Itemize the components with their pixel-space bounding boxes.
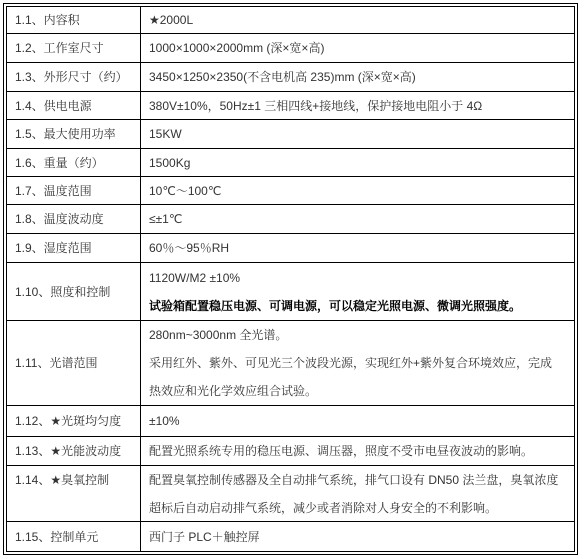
row-label: 1.4、供电电源	[7, 92, 141, 120]
table-row-outer-size: 1.3、外形尺寸（约） 3450×1250×2350(不含电机高 235)mm …	[7, 63, 575, 92]
row-value: 15KW	[141, 120, 575, 149]
row-label: 1.8、温度波动度	[7, 205, 141, 234]
table-row-ozone-control: 1.14、★臭氧控制 配置臭氧控制传感器及全自动排气系统，排气口设有 DN50 …	[7, 466, 575, 522]
row-value: 配置光照系统专用的稳压电源、调压器，照度不受市电昼夜波动的影响。	[141, 437, 575, 466]
table-row-power-supply: 1.4、供电电源 380V±10%，50Hz±1 三相四线+接地线，保护接地电阻…	[7, 92, 575, 120]
row-value: ≤±1℃	[141, 205, 575, 234]
row-label: 1.11、光谱范围	[7, 321, 141, 406]
row-label: 1.3、外形尺寸（约）	[7, 63, 141, 92]
row-label: 1.7、温度范围	[7, 177, 141, 205]
value-line: 采用红外、紫外、可见光三个波段光源，实现红外+紫外复合环境效应，完成	[149, 355, 566, 371]
row-value: ±10%	[141, 406, 575, 437]
row-label: 1.9、湿度范围	[7, 234, 141, 263]
table-row-spot-uniformity: 1.12、★光斑均匀度 ±10%	[7, 406, 575, 437]
spec-table: 1.1、内容积 ★2000L 1.2、工作室尺寸 1000×1000×2000m…	[6, 6, 575, 552]
row-label: 1.10、照度和控制	[7, 263, 141, 321]
row-value: 西门子 PLC＋触控屏	[141, 522, 575, 552]
row-value: 配置臭氧控制传感器及全自动排气系统，排气口设有 DN50 法兰盘，臭氧浓度 超标…	[141, 466, 575, 522]
value-line: 热效应和光化学效应组合试验。	[149, 383, 566, 399]
row-label: 1.15、控制单元	[7, 522, 141, 552]
table-row-spectrum: 1.11、光谱范围 280nm~3000nm 全光谱。 采用红外、紫外、可见光三…	[7, 321, 575, 406]
row-label: 1.1、内容积	[7, 7, 141, 34]
row-value: 1500Kg	[141, 149, 575, 177]
row-value: 3450×1250×2350(不含电机高 235)mm (深×宽×高)	[141, 63, 575, 92]
value-line: 1120W/M2 ±10%	[149, 270, 566, 286]
table-row-light-fluctuation: 1.13、★光能波动度 配置光照系统专用的稳压电源、调压器，照度不受市电昼夜波动…	[7, 437, 575, 466]
row-value: 60％～95％RH	[141, 234, 575, 263]
table-row-capacity: 1.1、内容积 ★2000L	[7, 7, 575, 34]
value-line: 配置臭氧控制传感器及全自动排气系统，排气口设有 DN50 法兰盘，臭氧浓度	[149, 472, 566, 488]
table-row-control-unit: 1.15、控制单元 西门子 PLC＋触控屏	[7, 522, 575, 552]
spec-table-frame: 1.1、内容积 ★2000L 1.2、工作室尺寸 1000×1000×2000m…	[3, 3, 578, 555]
row-label: 1.13、★光能波动度	[7, 437, 141, 466]
table-row-weight: 1.6、重量（约） 1500Kg	[7, 149, 575, 177]
row-value: 1120W/M2 ±10% 试验箱配置稳压电源、可调电源，可以稳定光照电源、微调…	[141, 263, 575, 321]
row-value: 380V±10%，50Hz±1 三相四线+接地线，保护接地电阻小于 4Ω	[141, 92, 575, 120]
value-line: 超标后自动启动排气系统，减少或者消除对人身安全的不利影响。	[149, 500, 566, 516]
row-label: 1.14、★臭氧控制	[7, 466, 141, 522]
row-label: 1.5、最大使用功率	[7, 120, 141, 149]
row-value: ★2000L	[141, 7, 575, 34]
table-row-illuminance: 1.10、照度和控制 1120W/M2 ±10% 试验箱配置稳压电源、可调电源，…	[7, 263, 575, 321]
value-line-bold: 试验箱配置稳压电源、可调电源，可以稳定光照电源、微调光照强度。	[149, 298, 566, 314]
row-value: 10℃～100℃	[141, 177, 575, 205]
table-row-temp-range: 1.7、温度范围 10℃～100℃	[7, 177, 575, 205]
table-row-temp-fluctuation: 1.8、温度波动度 ≤±1℃	[7, 205, 575, 234]
row-label: 1.6、重量（约）	[7, 149, 141, 177]
row-label: 1.12、★光斑均匀度	[7, 406, 141, 437]
table-row-max-power: 1.5、最大使用功率 15KW	[7, 120, 575, 149]
table-row-chamber-size: 1.2、工作室尺寸 1000×1000×2000mm (深×宽×高)	[7, 34, 575, 63]
row-label: 1.2、工作室尺寸	[7, 34, 141, 63]
value-line: 280nm~3000nm 全光谱。	[149, 327, 566, 343]
row-value: 1000×1000×2000mm (深×宽×高)	[141, 34, 575, 63]
row-value: 280nm~3000nm 全光谱。 采用红外、紫外、可见光三个波段光源，实现红外…	[141, 321, 575, 406]
table-row-humidity-range: 1.9、湿度范围 60％～95％RH	[7, 234, 575, 263]
